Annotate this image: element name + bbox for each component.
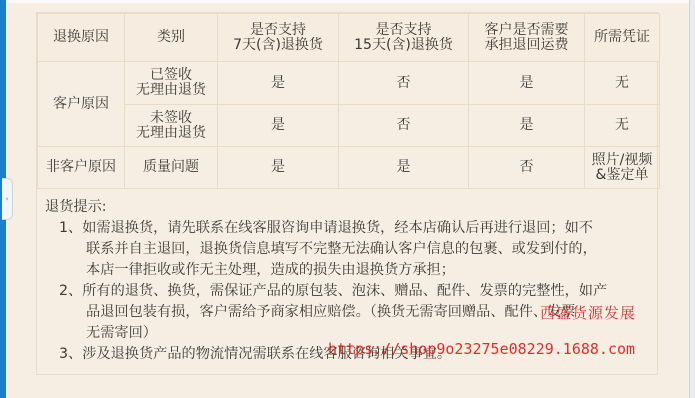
top-edge: [6, 0, 690, 3]
chevron-right-icon: ›: [6, 195, 9, 203]
cell-7day: 是: [218, 105, 339, 147]
header-return-reason: 退换原因: [38, 14, 125, 62]
header-15day-support: 是否支持 15天(含)退换货: [339, 14, 469, 62]
cell-shipping: 是: [469, 62, 585, 105]
side-panel-toggle[interactable]: ›: [2, 178, 13, 220]
cell-category: 质量问题: [125, 147, 218, 189]
cell-shipping: 否: [469, 147, 585, 189]
cell-proof: 无: [585, 105, 660, 147]
cell-reason: 客户原因: [38, 62, 125, 147]
cell-7day: 是: [218, 62, 339, 105]
header-required-proof: 所需凭证: [585, 14, 660, 62]
cell-reason: 非客户原因: [38, 147, 125, 189]
cell-category: 未签收 无理由退货: [125, 105, 218, 147]
cell-15day: 是: [339, 147, 469, 189]
return-policy-table: 退换原因 类别 是否支持 7天(含)退换货 是否支持 15天(含)退换货 客户是…: [37, 13, 660, 189]
note-item-1: 1、如需退换货，请先联系在线客服咨询申请退换货，经本店确认后再进行退回；如不 联…: [45, 218, 657, 281]
cell-15day: 否: [339, 105, 469, 147]
cell-category: 已签收 无理由退货: [125, 62, 218, 105]
table-row: 非客户原因 质量问题 是 是 否 照片/视频 &鉴定单: [38, 147, 660, 189]
header-7day-support: 是否支持 7天(含)退换货: [218, 14, 339, 62]
cell-proof: 无: [585, 62, 660, 105]
notes-title: 退货提示:: [45, 197, 657, 218]
table-row: 客户原因 已签收 无理由退货 是 否 是 无: [38, 62, 660, 105]
table-header-row: 退换原因 类别 是否支持 7天(含)退换货 是否支持 15天(含)退换货 客户是…: [38, 14, 660, 62]
cell-7day: 是: [218, 147, 339, 189]
cell-15day: 否: [339, 62, 469, 105]
watermark-shop-name: 西盛货源发展: [540, 302, 636, 323]
table-row: 未签收 无理由退货 是 否 是 无: [38, 105, 660, 147]
return-notes: 退货提示: 1、如需退换货，请先联系在线客服咨询申请退换货，经本店确认后再进行退…: [37, 189, 657, 365]
watermark-shop-url: https://shop9o23275e08229.1688.com: [328, 340, 635, 358]
header-return-shipping: 客户是否需要 承担退回运费: [469, 14, 585, 62]
scrollbar[interactable]: [689, 0, 695, 398]
header-category: 类别: [125, 14, 218, 62]
cell-proof: 照片/视频 &鉴定单: [585, 147, 660, 189]
cell-shipping: 是: [469, 105, 585, 147]
